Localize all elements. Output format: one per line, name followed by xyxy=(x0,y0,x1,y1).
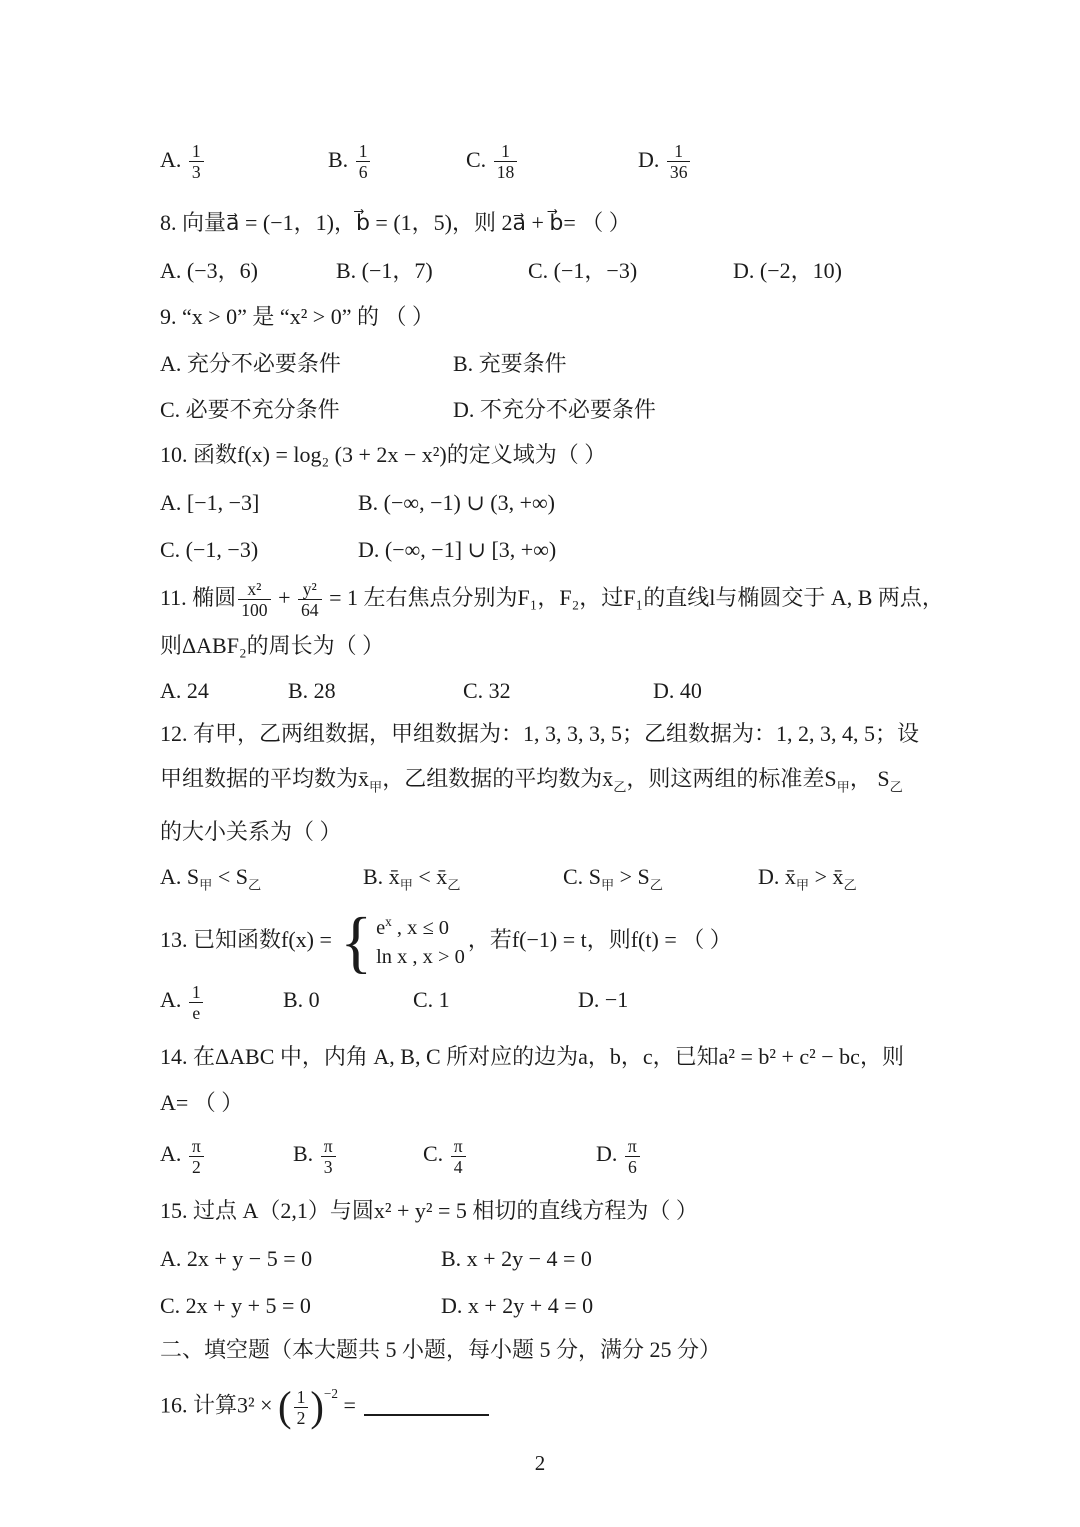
text-run: A. xyxy=(160,864,187,889)
text-run: > xyxy=(809,864,832,889)
text-run: ln x , x > 0 xyxy=(376,946,465,968)
fraction: x²100 xyxy=(238,579,270,620)
question-12-options-row: A. S甲 < S乙B. x̄甲 < x̄乙C. S甲 > S乙D. x̄甲 >… xyxy=(160,854,1010,908)
option-a: A. [−1, −3] xyxy=(160,480,358,526)
text-run: = xyxy=(338,1393,356,1418)
question-10-options-row-2: C. (−1, −3)D. (−∞, −1] ∪ [3, +∞) xyxy=(160,526,1010,572)
math-base: S xyxy=(589,864,601,889)
question-15-options-row-2: C. 2x + y + 5 = 0D. x + 2y + 4 = 0 xyxy=(160,1282,1010,1328)
fraction-numerator: π xyxy=(625,1136,640,1156)
math-superscript: −2 xyxy=(324,1386,338,1401)
answer-blank xyxy=(364,1393,489,1416)
question-11-stem-line-1: 11. 椭圆x²100 + y²64 = 1 左右焦点分别为F₁，F₂，过F₁的… xyxy=(160,572,1010,624)
fraction-denominator: e xyxy=(189,1002,203,1023)
fraction-denominator: 36 xyxy=(667,161,691,182)
question-14-stem-line-2: A= （ ） xyxy=(160,1080,1010,1126)
text-run: B. xyxy=(293,1141,319,1166)
fraction-numerator: 1 xyxy=(498,141,513,161)
fraction-numerator: π xyxy=(189,1136,204,1156)
math-subscript: 乙 xyxy=(650,877,663,892)
fraction-denominator: 4 xyxy=(451,1156,466,1177)
option-a: A. S甲 < S乙 xyxy=(160,854,363,908)
math-base: e xyxy=(376,917,385,939)
fraction: π4 xyxy=(451,1136,466,1177)
option-c: C. (−1，−3) xyxy=(528,248,733,294)
option-c: C. π4 xyxy=(423,1128,596,1180)
question-13-options-row: A. 1eB. 0C. 1D. −1 xyxy=(160,972,1010,1026)
option-d: D. x̄甲 > x̄乙 xyxy=(758,854,857,908)
fraction-denominator: 2 xyxy=(189,1156,204,1177)
fraction-denominator: 6 xyxy=(625,1156,640,1177)
question-12-stem-line-1: 12. 有甲，乙两组数据，甲组数据为：1, 3, 3, 3, 5；乙组数据为：1… xyxy=(160,712,1010,756)
math-subscript: 甲 xyxy=(199,877,212,892)
math-subscript: 乙 xyxy=(844,877,857,892)
fraction-denominator: 2 xyxy=(294,1407,309,1428)
text-run: D. −1 xyxy=(578,987,628,1012)
text-run: ，则这两组的标准差 xyxy=(626,766,824,791)
text-run: = 1 左右焦点分别为F₁，F₂，过F₁的直线l与椭圆交于 A, B 两点， xyxy=(324,585,944,610)
math-base: S xyxy=(824,766,836,791)
text-run: C. xyxy=(466,147,492,172)
question-14-stem-line-1: 14. 在ΔABC 中，内角 A, B, C 所对应的边为a，b，c，已知a² … xyxy=(160,1034,1010,1080)
math-subscript: 乙 xyxy=(248,877,261,892)
question-7-options-row: A. 13B. 16C. 118D. 136 xyxy=(160,132,1010,186)
text-run: + xyxy=(273,585,296,610)
fraction: π6 xyxy=(625,1136,640,1177)
question-11-options-row: A. 24B. 28C. 32D. 40 xyxy=(160,668,1010,712)
option-b: B. π3 xyxy=(293,1128,423,1180)
option-c: C. (−1, −3) xyxy=(160,528,358,572)
option-b: B. (−∞, −1) ∪ (3, +∞) xyxy=(358,480,555,526)
math-base: x̄ xyxy=(833,864,844,889)
text-run: C. xyxy=(423,1141,449,1166)
fraction: 12 xyxy=(294,1387,309,1428)
text-run: B. xyxy=(363,864,389,889)
fraction: 1e xyxy=(189,982,204,1023)
math-base: x̄ xyxy=(436,864,447,889)
question-13-stem: 13. 已知函数f(x) = {ex , x ≤ 0ln x , x > 0，若… xyxy=(160,908,1010,972)
option-d: D. (−2，10) xyxy=(733,248,842,294)
option-a: A. 充分不必要条件 xyxy=(160,342,453,386)
text-run: B. 0 xyxy=(283,987,320,1012)
question-15-options-row-1: A. 2x + y − 5 = 0B. x + 2y − 4 = 0 xyxy=(160,1234,1010,1282)
piecewise-function: {ex , x ≤ 0ln x , x > 0 xyxy=(340,913,464,972)
text-run: D. xyxy=(596,1141,623,1166)
fraction-denominator: 18 xyxy=(494,161,518,182)
fraction-numerator: π xyxy=(451,1136,466,1156)
math-subscript: 乙 xyxy=(890,779,903,794)
fraction-denominator: 3 xyxy=(321,1156,336,1177)
text-run: 甲组数据的平均数为 xyxy=(160,766,358,791)
fraction-numerator: x² xyxy=(244,579,264,599)
option-d: D. 不充分不必要条件 xyxy=(453,388,656,432)
piecewise-row: ln x , x > 0 xyxy=(376,943,465,972)
question-10-stem: 10. 函数f(x) = log₂ (3 + 2x − x²)的定义域为（ ） xyxy=(160,432,1010,478)
text-run: D. xyxy=(638,147,665,172)
question-10-options-row-1: A. [−1, −3]B. (−∞, −1) ∪ (3, +∞) xyxy=(160,478,1010,526)
text-run: 11. 椭圆 xyxy=(160,585,236,610)
option-d: D. 40 xyxy=(653,670,702,712)
math-subscript: 甲 xyxy=(400,877,413,892)
math-base: S xyxy=(187,864,199,889)
option-a: A. 1e xyxy=(160,974,283,1026)
big-paren: ) xyxy=(310,1386,324,1429)
question-15-stem: 15. 过点 A（2,1）与圆x² + y² = 5 相切的直线方程为（ ） xyxy=(160,1188,1010,1234)
text-run: B. xyxy=(328,147,354,172)
text-run: A. xyxy=(160,987,187,1012)
option-a: A. (−3，6) xyxy=(160,248,336,294)
option-c: C. 1 xyxy=(413,974,578,1026)
option-d: D. x + 2y + 4 = 0 xyxy=(441,1284,593,1328)
section-2-header: 二、填空题（本大题共 5 小题，每小题 5 分，满分 25 分） xyxy=(160,1328,1010,1372)
text-run: 13. 已知函数f(x) = xyxy=(160,927,337,952)
question-14-options-row: A. π2B. π3C. π4D. π6 xyxy=(160,1126,1010,1180)
text-run: 16. 计算3² × xyxy=(160,1393,278,1418)
text-run: A. xyxy=(160,147,187,172)
option-c: C. 必要不充分条件 xyxy=(160,388,453,432)
option-d: D. (−∞, −1] ∪ [3, +∞) xyxy=(358,528,556,572)
fraction-denominator: 100 xyxy=(238,599,270,620)
fraction-numerator: 1 xyxy=(189,141,204,161)
option-c: C. 32 xyxy=(463,670,653,712)
math-base: S xyxy=(638,864,650,889)
question-9-options-row-1: A. 充分不必要条件B. 充要条件 xyxy=(160,340,1010,386)
text-run: < xyxy=(212,864,235,889)
fraction-denominator: 64 xyxy=(298,599,322,620)
text-run: ，乙组数据的平均数为 xyxy=(382,766,602,791)
piecewise-rows: ex , x ≤ 0ln x , x > 0 xyxy=(376,913,465,971)
option-b: B. x + 2y − 4 = 0 xyxy=(441,1236,592,1282)
math-subscript: 乙 xyxy=(447,877,460,892)
question-12-stem-line-2: 甲组数据的平均数为x̄甲，乙组数据的平均数为x̄乙，则这两组的标准差S甲， S乙 xyxy=(160,756,1010,810)
fraction: 16 xyxy=(356,141,371,182)
math-base: x̄ xyxy=(389,864,400,889)
text-run: ， xyxy=(850,766,878,791)
fraction-numerator: 1 xyxy=(294,1387,309,1407)
question-11-stem-line-2: 则ΔABF₂的周长为（ ） xyxy=(160,624,1010,668)
math-superscript: x xyxy=(385,914,392,929)
option-a: A. π2 xyxy=(160,1128,293,1180)
math-subscript: 甲 xyxy=(369,779,382,794)
option-d: D. π6 xyxy=(596,1128,642,1180)
math-subscript: 乙 xyxy=(613,779,626,794)
math-subscript: 甲 xyxy=(796,877,809,892)
big-paren: ( xyxy=(278,1386,292,1429)
question-9-options-row-2: C. 必要不充分条件D. 不充分不必要条件 xyxy=(160,386,1010,432)
text-run: > xyxy=(614,864,637,889)
option-c: C. 118 xyxy=(466,134,638,186)
fraction-denominator: 6 xyxy=(356,161,371,182)
option-d: D. 136 xyxy=(638,134,692,186)
option-c: C. 2x + y + 5 = 0 xyxy=(160,1284,441,1328)
question-8-stem: 8. 向量a⃗ = (−1，1)，b⃗ = (1，5)，则 2a⃗ + b⃗= … xyxy=(160,200,1010,246)
fraction-numerator: y² xyxy=(300,579,320,599)
text-run: C. xyxy=(563,864,589,889)
math-base: x̄ xyxy=(785,864,796,889)
question-16-stem: 16. 计算3² × (12)−2 = xyxy=(160,1372,1010,1433)
text-run: ，若f(−1) = t，则f(t) = （ ） xyxy=(468,927,732,952)
text-run: D. xyxy=(758,864,785,889)
math-base: x̄ xyxy=(358,766,369,791)
fraction-numerator: 1 xyxy=(189,982,204,1002)
fraction: π3 xyxy=(321,1136,336,1177)
exam-page: A. 13B. 16C. 118D. 136 8. 向量a⃗ = (−1，1)，… xyxy=(0,0,1080,1527)
math-base: S xyxy=(877,766,889,791)
option-b: B. 28 xyxy=(288,670,463,712)
option-c: C. S甲 > S乙 xyxy=(563,854,758,908)
text-run: , x ≤ 0 xyxy=(392,917,449,939)
fraction: y²64 xyxy=(298,579,322,620)
option-b: B. x̄甲 < x̄乙 xyxy=(363,854,563,908)
fraction: 118 xyxy=(494,141,518,182)
fraction-denominator: 3 xyxy=(189,161,204,182)
question-8-options-row: A. (−3，6)B. (−1，7)C. (−1，−3)D. (−2，10) xyxy=(160,246,1010,294)
question-12-stem-line-3: 的大小关系为（ ） xyxy=(160,810,1010,854)
option-d: D. −1 xyxy=(578,974,628,1026)
text-run: < xyxy=(413,864,436,889)
option-b: B. 16 xyxy=(328,134,466,186)
math-base: S xyxy=(236,864,248,889)
fraction-numerator: 1 xyxy=(671,141,686,161)
text-run: C. 1 xyxy=(413,987,450,1012)
option-a: A. 13 xyxy=(160,134,328,186)
fraction: 13 xyxy=(189,141,204,182)
fraction: π2 xyxy=(189,1136,204,1177)
fraction: 136 xyxy=(667,141,691,182)
page-number: 2 xyxy=(0,1448,1080,1478)
option-b: B. (−1，7) xyxy=(336,248,528,294)
option-b: B. 0 xyxy=(283,974,413,1026)
left-brace-icon: { xyxy=(340,911,372,973)
option-b: B. 充要条件 xyxy=(453,342,567,386)
option-a: A. 24 xyxy=(160,670,288,712)
option-a: A. 2x + y − 5 = 0 xyxy=(160,1236,441,1282)
math-subscript: 甲 xyxy=(837,779,850,794)
math-subscript: 甲 xyxy=(601,877,614,892)
piecewise-row: ex , x ≤ 0 xyxy=(376,913,465,942)
fraction-numerator: 1 xyxy=(356,141,371,161)
text-run: A. xyxy=(160,1141,187,1166)
math-base: x̄ xyxy=(602,766,613,791)
fraction-numerator: π xyxy=(321,1136,336,1156)
question-9-stem: 9. “x > 0” 是 “x² > 0” 的 （ ） xyxy=(160,294,1010,340)
